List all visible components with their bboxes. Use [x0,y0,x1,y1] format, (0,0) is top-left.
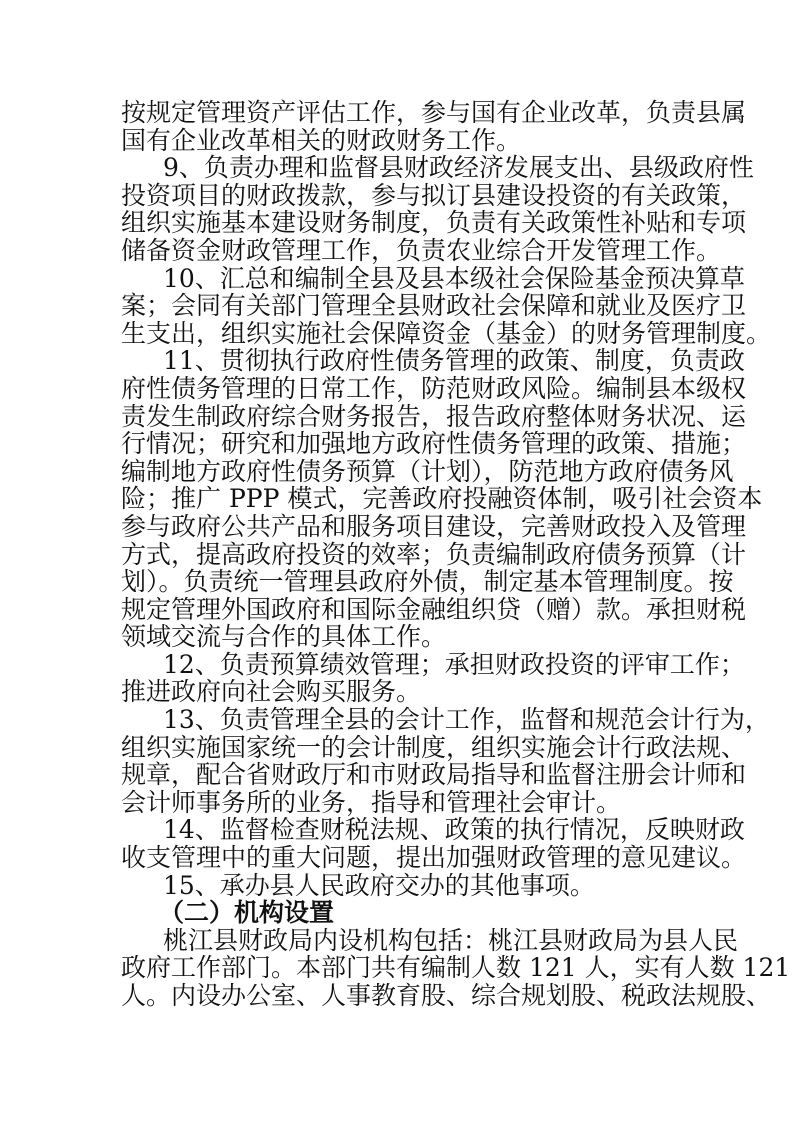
list-item-14-line: 14、监督检查财税法规、政策的执行情况，反映财政 [121,816,690,844]
paragraph-line: 按规定管理资产评估工作，参与国有企业改革，负责县属 [121,99,690,127]
list-item-11-line: 11、贯彻执行政府性债务管理的政策、制度，负责政 [121,347,690,375]
document-page: 按规定管理资产评估工作，参与国有企业改革，负责县属 国有企业改革相关的财政财务工… [121,99,690,1010]
paragraph-line: 投资项目的财政拨款，参与拟订县建设投资的有关政策， [121,182,690,210]
list-item-9-line: 9、负责办理和监督县财政经济发展支出、县级政府性 [121,154,690,182]
paragraph-line: 组织实施基本建设财务制度，负责有关政策性补贴和专项 [121,209,690,237]
paragraph-line: 府性债务管理的日常工作，防范财政风险。编制县本级权 [121,375,690,403]
paragraph-line: 规定管理外国政府和国际金融组织贷（赠）款。承担财税 [121,596,690,624]
list-item-15-line: 15、承办县人民政府交办的其他事项。 [121,872,690,900]
paragraph-line: 桃江县财政局内设机构包括：桃江县财政局为县人民 [121,927,690,955]
paragraph-line: 国有企业改革相关的财政财务工作。 [121,127,690,155]
paragraph-line: 方式，提高政府投资的效率；负责编制政府债务预算（计 [121,541,690,569]
paragraph-line: 划）。负责统一管理县政府外债，制定基本管理制度。按 [121,568,690,596]
paragraph-line: 领域交流与合作的具体工作。 [121,623,690,651]
paragraph-line: 储备资金财政管理工作，负责农业综合开发管理工作。 [121,237,690,265]
paragraph-line: 责发生制政府综合财务报告，报告政府整体财务状况、运 [121,403,690,431]
list-item-10-line: 10、汇总和编制全县及县本级社会保险基金预决算草 [121,265,690,293]
paragraph-line: 组织实施国家统一的会计制度，组织实施会计行政法规、 [121,734,690,762]
paragraph-line: 收支管理中的重大问题，提出加强财政管理的意见建议。 [121,844,690,872]
list-item-13-line: 13、负责管理全县的会计工作，监督和规范会计行为， [121,706,690,734]
paragraph-line: 生支出，组织实施社会保障资金（基金）的财务管理制度。 [121,320,690,348]
paragraph-line: 案；会同有关部门管理全县财政社会保障和就业及医疗卫 [121,292,690,320]
paragraph-line: 参与政府公共产品和服务项目建设，完善财政投入及管理 [121,513,690,541]
paragraph-line: 推进政府向社会购买服务。 [121,678,690,706]
paragraph-line: 编制地方政府性债务预算（计划），防范地方政府债务风 [121,458,690,486]
paragraph-line: 行情况；研究和加强地方政府性债务管理的政策、措施； [121,430,690,458]
paragraph-line: 政府工作部门。本部门共有编制人数 121 人，实有人数 121 [121,954,690,982]
paragraph-line: 会计师事务所的业务，指导和管理社会审计。 [121,789,690,817]
section-heading: （二）机构设置 [121,899,690,927]
paragraph-line: 险；推广 PPP 模式，完善政府投融资体制，吸引社会资本 [121,485,690,513]
paragraph-line: 人。内设办公室、人事教育股、综合规划股、税政法规股、 [121,982,690,1010]
paragraph-line: 规章，配合省财政厅和市财政局指导和监督注册会计师和 [121,761,690,789]
list-item-12-line: 12、负责预算绩效管理；承担财政投资的评审工作； [121,651,690,679]
